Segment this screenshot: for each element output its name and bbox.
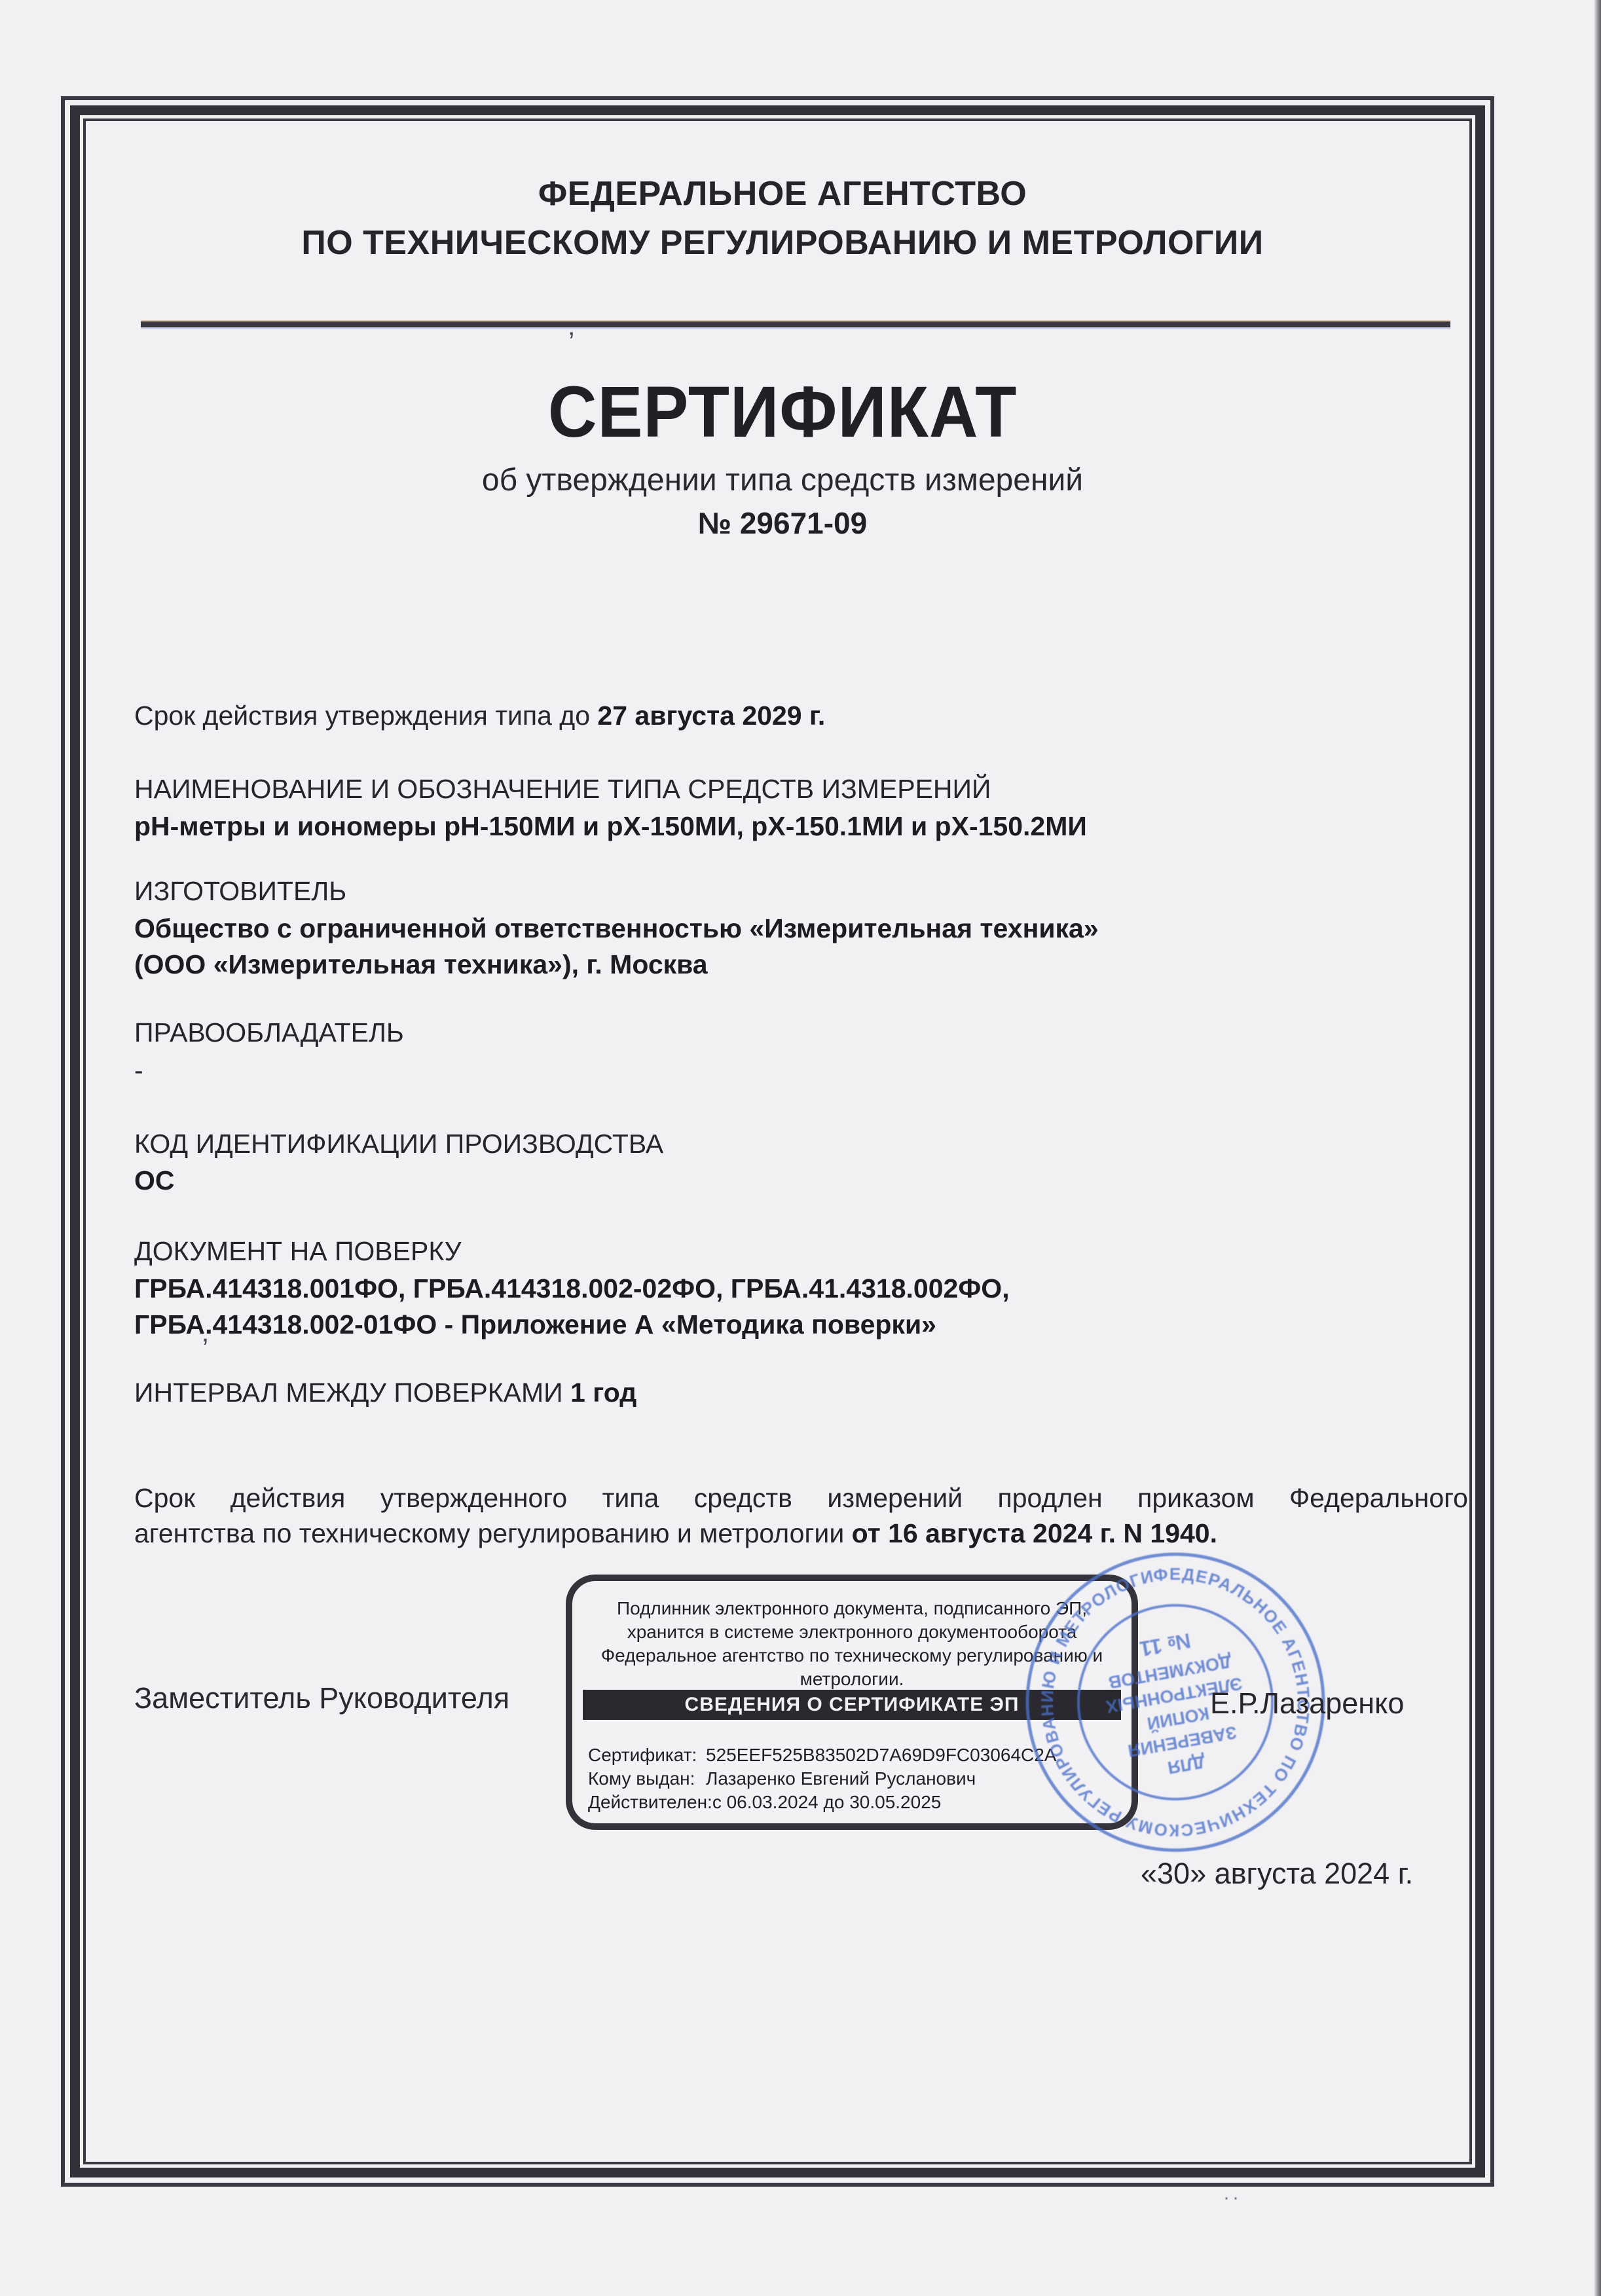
stamp-center-line1: ДЛЯ [1166, 1752, 1207, 1778]
prolongation-line2-normal: агентства по техническому регулированию … [134, 1518, 852, 1548]
esign-issued-value: Лазаренко Евгений Русланович [706, 1767, 976, 1791]
esign-issued-label: Кому выдан: [588, 1767, 706, 1791]
document-number: № 29671-09 [98, 505, 1467, 541]
rightholder-label: ПРАВООБЛАДАТЕЛЬ [134, 1016, 404, 1049]
certificate-page: ФЕДЕРАЛЬНОЕ АГЕНТСТВО ПО ТЕХНИЧЕСКОМУ РЕ… [0, 0, 1601, 2296]
scan-speck-middle: , [202, 1319, 209, 1348]
verification-doc-label: ДОКУМЕНТ НА ПОВЕРКУ [134, 1235, 462, 1267]
name-type-value: pH-метры и иономеры pH-150МИ и pX-150МИ,… [134, 810, 1087, 843]
signature-date: «30» августа 2024 г. [1141, 1857, 1413, 1891]
document-subtitle: об утверждении типа средств измерений [98, 462, 1467, 498]
interval-prefix: ИНТЕРВАЛ МЕЖДУ ПОВЕРКАМИ [134, 1377, 570, 1408]
manufacturer-value-line2: (ООО «Измерительная техника»), г. Москва [134, 948, 708, 981]
scan-speck-bottom: ·· [1223, 2187, 1242, 2209]
validity-date: 27 августа 2029 г. [597, 701, 825, 731]
scan-page-edge [1594, 0, 1601, 2296]
validity-prefix: Срок действия утверждения типа до [134, 701, 597, 731]
manufacturer-label: ИЗГОТОВИТЕЛЬ [134, 875, 346, 907]
esign-valid-label: Действителен: [588, 1791, 712, 1814]
rightholder-value: - [134, 1054, 143, 1087]
stamp-center-line6: № 11 [1138, 1629, 1192, 1661]
interval-value: 1 год [570, 1377, 636, 1408]
manufacturer-value-line1: Общество с ограниченной ответственностью… [134, 912, 1099, 945]
prolongation-line2-bold: от 16 августа 2024 г. N 1940. [852, 1518, 1217, 1548]
document-title-text: СЕРТИФИКАТ [548, 373, 1018, 452]
prolongation-line1: Срок действия утвержденного типа средств… [134, 1482, 1468, 1514]
agency-name-line1: ФЕДЕРАЛЬНОЕ АГЕНТСТВО [98, 174, 1467, 213]
signer-position: Заместитель Руководителя [134, 1681, 509, 1715]
signer-name: Е.Р.Лазаренко [1210, 1686, 1404, 1721]
esign-cert-value: 525EEF525B83502D7A69D9FC03064C2A [706, 1743, 1057, 1767]
document-title: СЕРТИФИКАТ [98, 373, 1467, 452]
production-code-label: КОД ИДЕНТИФИКАЦИИ ПРОИЗВОДСТВА [134, 1127, 663, 1160]
agency-name-line2: ПО ТЕХНИЧЕСКОМУ РЕГУЛИРОВАНИЮ И МЕТРОЛОГ… [98, 223, 1467, 263]
esign-valid-value: с 06.03.2024 до 30.05.2025 [712, 1791, 942, 1814]
name-type-label: НАИМЕНОВАНИЕ И ОБОЗНАЧЕНИЕ ТИПА СРЕДСТВ … [134, 773, 991, 805]
esign-cert-label: Сертификат: [588, 1743, 706, 1767]
verification-doc-line1: ГРБА.414318.001ФО, ГРБА.414318.002-02ФО,… [134, 1272, 1010, 1305]
interval-line: ИНТЕРВАЛ МЕЖДУ ПОВЕРКАМИ 1 год [134, 1376, 636, 1409]
verification-doc-line2: ГРБА.414318.002-01ФО - Приложение А «Мет… [134, 1308, 936, 1341]
validity-line: Срок действия утверждения типа до 27 авг… [134, 699, 825, 732]
production-code-value: ОС [134, 1164, 175, 1197]
header-divider-rule [141, 321, 1450, 327]
scan-speck-top: ’ [568, 326, 574, 357]
